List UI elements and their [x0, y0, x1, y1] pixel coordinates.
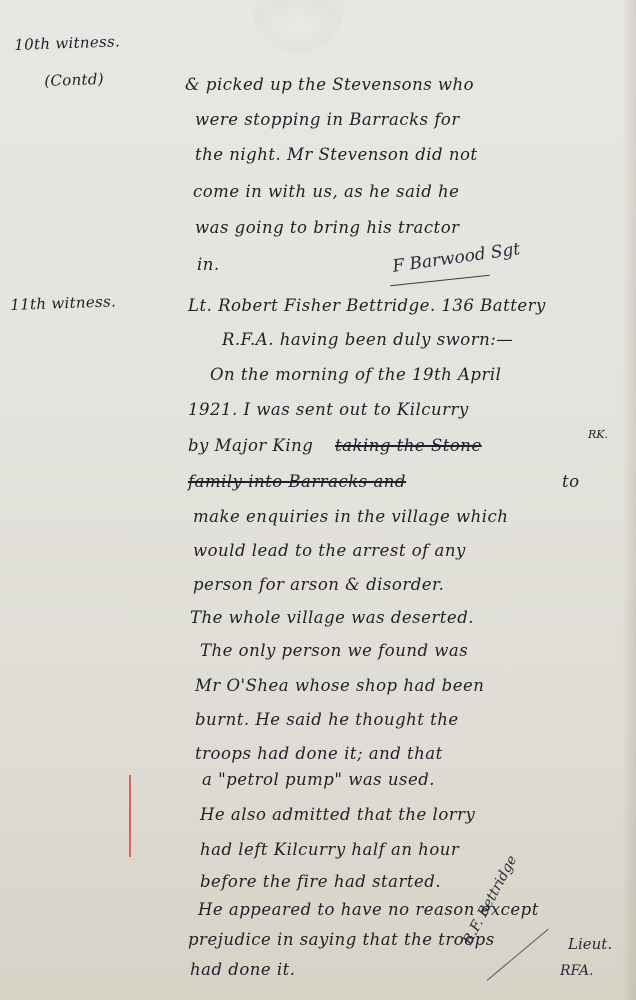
- text-line: He also admitted that the lorry: [200, 805, 475, 824]
- margin-note-continued: (Contd): [44, 70, 104, 90]
- struck-out-text: taking the Stone: [335, 436, 482, 455]
- text-line: would lead to the arrest of any: [193, 541, 466, 560]
- text-line: & picked up the Stevensons who: [185, 75, 474, 94]
- text-line: a "petrol pump" was used.: [202, 770, 435, 789]
- text-line: The only person we found was: [200, 641, 468, 660]
- text-line: The whole village was deserted.: [190, 608, 474, 627]
- signature-rank: Lieut.: [568, 935, 612, 953]
- text-line: by Major King: [188, 436, 313, 455]
- margin-note-witness-10: 10th witness.: [14, 32, 120, 54]
- text-line: On the morning of the 19th April: [210, 365, 501, 384]
- text-line: before the fire had started.: [200, 872, 441, 891]
- signature-underline: [390, 275, 490, 286]
- text-line: had done it.: [190, 960, 296, 979]
- initials: RK.: [588, 428, 608, 441]
- text-line: make enquiries in the village which: [193, 507, 508, 526]
- text-line: R.F.A. having been duly sworn:—: [222, 330, 513, 349]
- margin-note-witness-11: 11th witness.: [10, 292, 116, 314]
- document-page: 10th witness. (Contd) & picked up the St…: [0, 0, 636, 1000]
- text-line: were stopping in Barracks for: [195, 110, 460, 129]
- struck-out-text: family into Barracks and: [188, 472, 406, 491]
- embossed-seal: [252, 0, 344, 52]
- signature-unit: RFA.: [560, 963, 594, 979]
- text-line: Lt. Robert Fisher Bettridge. 136 Battery: [188, 296, 546, 315]
- red-margin-mark: [129, 775, 131, 857]
- text-line: in.: [197, 255, 220, 274]
- text-line: 1921. I was sent out to Kilcurry: [188, 400, 469, 419]
- text-line: troops had done it; and that: [195, 744, 443, 763]
- text-line: burnt. He said he thought the: [195, 710, 459, 729]
- signature-barwood: F Barwood Sgt: [391, 239, 521, 277]
- text-line: had left Kilcurry half an hour: [200, 840, 459, 859]
- text-line: come in with us, as he said he: [193, 182, 459, 201]
- text-line: person for arson & disorder.: [193, 575, 444, 594]
- signature-stroke: [487, 929, 549, 981]
- text-line: the night. Mr Stevenson did not: [195, 145, 478, 164]
- text-line: to: [562, 472, 580, 491]
- text-line: prejudice in saying that the troops: [188, 930, 495, 949]
- text-line: Mr O'Shea whose shop had been: [195, 676, 484, 695]
- text-line: was going to bring his tractor: [195, 218, 460, 237]
